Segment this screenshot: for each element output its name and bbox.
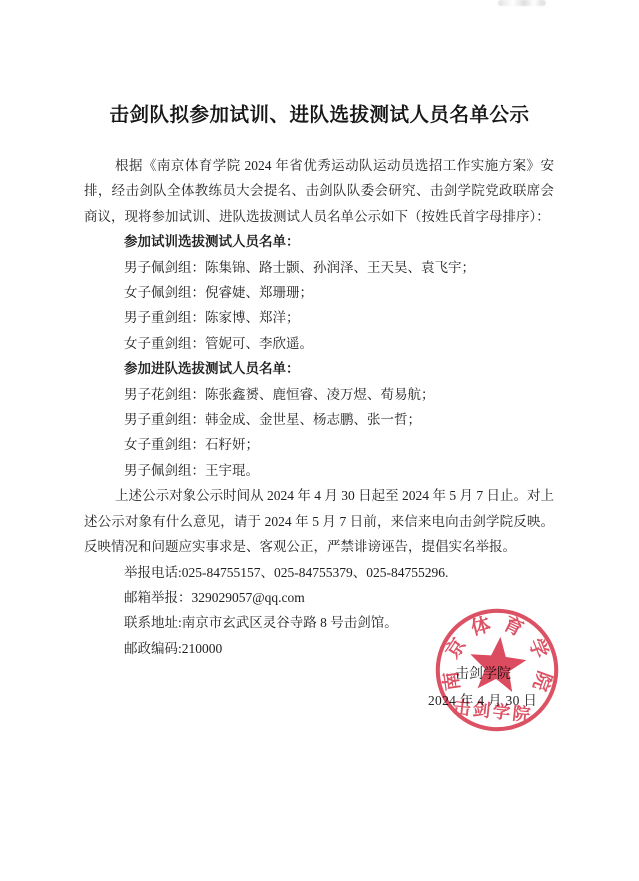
section-2-heading: 参加进队选拔测试人员名单：	[124, 356, 554, 381]
list-item: 女子重剑组：管妮可、李欣遥。	[124, 331, 554, 356]
list-item: 男子佩剑组：王宇琨。	[124, 458, 554, 483]
list-item: 男子重剑组：陈家博、郑洋；	[124, 305, 554, 330]
star-icon	[467, 634, 529, 693]
notice-paragraph: 上述公示对象公示时间从 2024 年 4 月 30 日起至 2024 年 5 月…	[84, 483, 554, 559]
official-seal: 南京体育学院 击剑学院	[423, 596, 571, 744]
list-item: 女子佩剑组：倪睿婕、郑珊珊；	[124, 280, 554, 305]
page-title: 击剑队拟参加试训、进队选拔测试人员名单公示	[0, 0, 639, 127]
list-item: 男子佩剑组：陈集锦、路士颢、孙润泽、王天昊、袁飞宇；	[124, 255, 554, 280]
list-item: 男子花剑组：陈张鑫赟、鹿恒睿、凌万煜、荀易航；	[124, 382, 554, 407]
document-body: 根据《南京体育学院 2024 年省优秀运动队运动员选招工作实施方案》安排，经击剑…	[84, 153, 554, 661]
scan-artifact-smudge	[498, 0, 546, 6]
list-item: 女子重剑组：石籽妍；	[124, 432, 554, 457]
list-item: 男子重剑组：韩金成、金世星、杨志鹏、张一哲；	[124, 407, 554, 432]
contact-phone: 举报电话:025-84755157、025-84755379、025-84755…	[124, 560, 554, 585]
intro-paragraph: 根据《南京体育学院 2024 年省优秀运动队运动员选招工作实施方案》安排，经击剑…	[84, 153, 554, 229]
section-1-heading: 参加试训选拔测试人员名单：	[124, 229, 554, 254]
